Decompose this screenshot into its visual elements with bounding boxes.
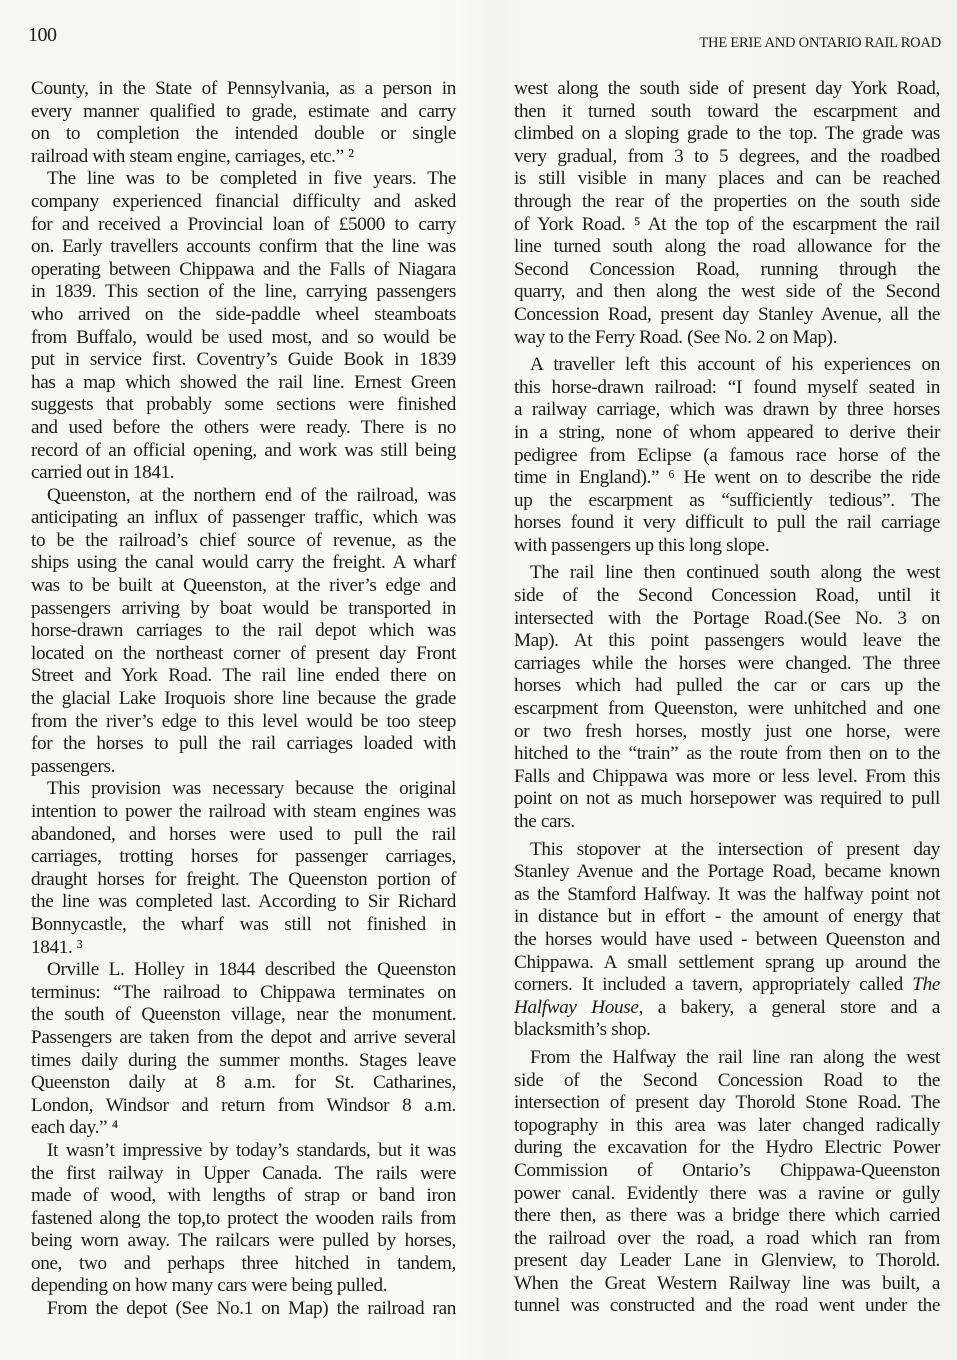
- text-line: Stanley Avenue and the Portage Road, bec…: [514, 861, 940, 884]
- text-line: way to the Ferry Road. (See No. 2 on Map…: [514, 327, 940, 350]
- text-line: being worn away. The railcars were pulle…: [31, 1230, 456, 1253]
- text-line: power canal. Evidently there was a ravin…: [514, 1183, 940, 1206]
- text-line: in a string, none of whom appeared to de…: [514, 422, 940, 445]
- text-line: very gradual, from 3 to 5 degrees, and t…: [514, 146, 940, 169]
- text-line: From the depot (See No.1 on Map) the rai…: [31, 1298, 456, 1321]
- paragraph: County, in the State of Pennsylvania, as…: [31, 78, 456, 168]
- paragraph: The rail line then continued south along…: [514, 562, 940, 833]
- text-line: the first railway in Upper Canada. The r…: [31, 1163, 456, 1186]
- text-line: times daily during the summer months. St…: [31, 1050, 456, 1073]
- text-line: depending on how many cars were being pu…: [31, 1275, 456, 1298]
- text-line: every manner qualified to grade, estimat…: [31, 101, 456, 124]
- text-line: ships using the canal would carry the fr…: [31, 552, 456, 575]
- text-line: fastened along the top,to protect the wo…: [31, 1208, 456, 1231]
- text-line: line turned south along the road allowan…: [514, 236, 940, 259]
- text-line: record of an official opening, and work …: [31, 440, 456, 463]
- text-line: Passengers are taken from the depot and …: [31, 1027, 456, 1050]
- text-line: side of the Second Concession Road, unti…: [514, 585, 940, 608]
- text-line: operating between Chippawa and the Falls…: [31, 259, 456, 282]
- text-line: climbed on a sloping grade to the top. T…: [514, 123, 940, 146]
- text-line: Orville L. Holley in 1844 described the …: [31, 959, 456, 982]
- text-line: a railway carriage, which was drawn by t…: [514, 399, 940, 422]
- text-line: or two fresh horses, mostly just one hor…: [514, 721, 940, 744]
- text-line: time in England).” ⁶ He went on to descr…: [514, 467, 940, 490]
- text-line: Map). At this point passengers would lea…: [514, 630, 940, 653]
- text-line: Concession Road, present day Stanley Ave…: [514, 304, 940, 327]
- text-line: Halfway House, a bakery, a general store…: [514, 997, 940, 1020]
- text-line: carriages while the horses were changed.…: [514, 653, 940, 676]
- text-line: there then, as there was a bridge there …: [514, 1205, 940, 1228]
- text-line: draught horses for freight. The Queensto…: [31, 869, 456, 892]
- text-line: the glacial Lake Iroquois shore line bec…: [31, 688, 456, 711]
- running-head: THE ERIE AND ONTARIO RAIL ROAD: [699, 35, 941, 52]
- page-number: 100: [28, 24, 57, 47]
- text-line: Street and York Road. The rail line ende…: [31, 665, 456, 688]
- text-line: This stopover at the intersection of pre…: [514, 839, 940, 862]
- text-line: of York Road. ⁵ At the top of the escarp…: [514, 214, 940, 237]
- text-line: Bonnycastle, the wharf was still not fin…: [31, 914, 456, 937]
- right-column: west along the south side of present day…: [514, 78, 940, 1318]
- text-line: intersected with the Portage Road.(See N…: [514, 608, 940, 631]
- paragraph: A traveller left this account of his exp…: [514, 354, 940, 557]
- text-line: the cars.: [514, 811, 940, 834]
- text-line: horse-drawn carriages to the rail depot …: [31, 620, 456, 643]
- text-line: west along the south side of present day…: [514, 78, 940, 101]
- text-line: is still visible in many places and can …: [514, 168, 940, 191]
- paragraph: This stopover at the intersection of pre…: [514, 839, 940, 1042]
- text-line: up the escarpment as “sufficiently tedio…: [514, 490, 940, 513]
- text-line: carried out in 1841.: [31, 462, 456, 485]
- text-line: horses which had pulled the car or cars …: [514, 675, 940, 698]
- text-line: hitched to the “train” as the route from…: [514, 743, 940, 766]
- text-line: Second Concession Road, running through …: [514, 259, 940, 282]
- text-line: present day Leader Lane in Glenview, to …: [514, 1250, 940, 1273]
- text-line: It wasn’t impressive by today’s standard…: [31, 1140, 456, 1163]
- text-line: passengers arriving by boat would be tra…: [31, 598, 456, 621]
- paragraph: Orville L. Holley in 1844 described the …: [31, 959, 456, 1140]
- text-line: tunnel was constructed and the road went…: [514, 1295, 940, 1318]
- text-line: made of wood, with lengths of strap or b…: [31, 1185, 456, 1208]
- text-line: Queenston, at the northern end of the ra…: [31, 485, 456, 508]
- text-line: to be the railroad’s chief source of rev…: [31, 530, 456, 553]
- text-line: from Buffalo, would be used most, and so…: [31, 327, 456, 350]
- paragraph: The line was to be completed in five yea…: [31, 168, 456, 484]
- text-line: as the Stamford Halfway. It was the half…: [514, 884, 940, 907]
- text-line: who arrived on the side-paddle wheel ste…: [31, 304, 456, 327]
- text-line: point on not as much horsepower was requ…: [514, 788, 940, 811]
- paragraph: From the Halfway the rail line ran along…: [514, 1047, 940, 1318]
- text-line: topography in this area was later change…: [514, 1115, 940, 1138]
- text-line: located on the northeast corner of prese…: [31, 643, 456, 666]
- text-line: on. Early travellers accounts confirm th…: [31, 236, 456, 259]
- text-line: anticipating an influx of passenger traf…: [31, 507, 456, 530]
- text-line: 1841. ³: [31, 937, 456, 960]
- book-page: 100 THE ERIE AND ONTARIO RAIL ROAD Count…: [0, 0, 957, 1360]
- text-line: company experienced financial difficulty…: [31, 191, 456, 214]
- text-line: County, in the State of Pennsylvania, as…: [31, 78, 456, 101]
- text-line: Chippawa. A small settlement sprang up a…: [514, 952, 940, 975]
- text-line: escarpment from Queenston, were unhitche…: [514, 698, 940, 721]
- text-line: The line was to be completed in five yea…: [31, 168, 456, 191]
- text-line: When the Great Western Railway line was …: [514, 1273, 940, 1296]
- text-line: corners. It included a tavern, appropria…: [514, 974, 940, 997]
- text-line: this horse-drawn railroad: “I found myse…: [514, 377, 940, 400]
- paragraph: Queenston, at the northern end of the ra…: [31, 485, 456, 779]
- text-line: the line was completed last. According t…: [31, 891, 456, 914]
- paragraph: It wasn’t impressive by today’s standard…: [31, 1140, 456, 1298]
- text-line: The rail line then continued south along…: [514, 562, 940, 585]
- text-line: abandoned, and horses were used to pull …: [31, 824, 456, 847]
- text-line: each day.” ⁴: [31, 1117, 456, 1140]
- text-line: for the horses to pull the rail carriage…: [31, 733, 456, 756]
- text-line: from the river’s edge to this level woul…: [31, 711, 456, 734]
- text-line: the south of Queenston village, near the…: [31, 1004, 456, 1027]
- text-line: suggests that probably some sections wer…: [31, 394, 456, 417]
- text-line: on to completion the intended double or …: [31, 123, 456, 146]
- text-line: then it turned south toward the escarpme…: [514, 101, 940, 124]
- text-line: blacksmith’s shop.: [514, 1019, 940, 1042]
- text-line: through the rear of the properties on th…: [514, 191, 940, 214]
- text-line: quarry, and then along the west side of …: [514, 281, 940, 304]
- text-line: A traveller left this account of his exp…: [514, 354, 940, 377]
- paragraph: west along the south side of present day…: [514, 78, 940, 349]
- text-line: in 1839. This section of the line, carry…: [31, 281, 456, 304]
- text-line: Commission of Ontario’s Chippawa-Queenst…: [514, 1160, 940, 1183]
- text-line: railroad with steam engine, carriages, e…: [31, 146, 456, 169]
- text-line: From the Halfway the rail line ran along…: [514, 1047, 940, 1070]
- text-line: the railroad over the road, a road which…: [514, 1228, 940, 1251]
- text-line: carriages, trotting horses for passenger…: [31, 846, 456, 869]
- text-line: was to be built at Queenston, at the riv…: [31, 575, 456, 598]
- text-line: has a map which showed the rail line. Er…: [31, 372, 456, 395]
- text-line: intention to power the railroad with ste…: [31, 801, 456, 824]
- left-column: County, in the State of Pennsylvania, as…: [31, 78, 456, 1321]
- text-line: horses found it very difficult to pull t…: [514, 512, 940, 535]
- text-line: passengers.: [31, 756, 456, 779]
- text-line: London, Windsor and return from Windsor …: [31, 1095, 456, 1118]
- text-line: with passengers up this long slope.: [514, 535, 940, 558]
- text-line: terminus: “The railroad to Chippawa term…: [31, 982, 456, 1005]
- text-line: intersection of present day Thorold Ston…: [514, 1092, 940, 1115]
- text-line: during the excavation for the Hydro Elec…: [514, 1137, 940, 1160]
- text-line: the horses would have used - between Que…: [514, 929, 940, 952]
- text-line: for and received a Provincial loan of £5…: [31, 214, 456, 237]
- paragraph: From the depot (See No.1 on Map) the rai…: [31, 1298, 456, 1321]
- text-line: Falls and Chippawa was more or less leve…: [514, 766, 940, 789]
- text-line: and used before the others were ready. T…: [31, 417, 456, 440]
- text-line: This provision was necessary because the…: [31, 778, 456, 801]
- text-line: put in service first. Coventry’s Guide B…: [31, 349, 456, 372]
- text-line: in distance but in effort - the amount o…: [514, 906, 940, 929]
- text-line: Queenston daily at 8 a.m. for St. Cathar…: [31, 1072, 456, 1095]
- text-line: pedigree from Eclipse (a famous race hor…: [514, 445, 940, 468]
- paragraph: This provision was necessary because the…: [31, 778, 456, 959]
- text-line: one, two and perhaps three hitched in ta…: [31, 1253, 456, 1276]
- text-line: side of the Second Concession Road to th…: [514, 1070, 940, 1093]
